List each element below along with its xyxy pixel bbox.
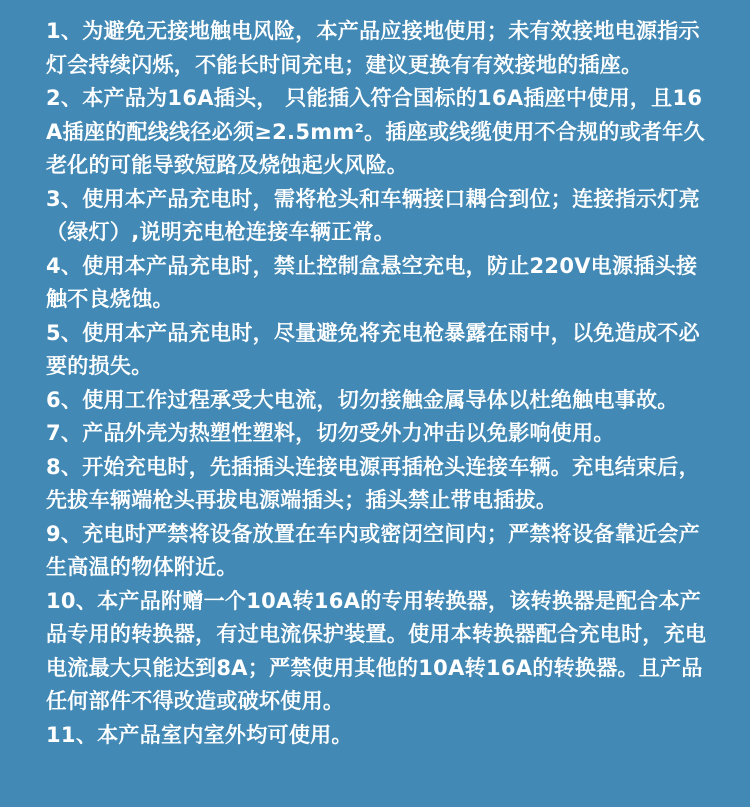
notice-item-8: 8、开始充电时，先插插头连接电源再插枪头连接车辆。充电结束后，先拔车辆端枪头再拔… [46, 451, 710, 518]
notice-item-3: 3、使用本产品充电时，需将枪头和车辆接口耦合到位；连接指示灯亮（绿灯）,说明充电… [46, 183, 710, 250]
safety-notice-page: 1、为避免无接地触电风险，本产品应接地使用；未有效接地电源指示灯会持续闪烁，不能… [0, 0, 750, 807]
notice-item-11: 11、本产品室内室外均可使用。 [46, 719, 710, 753]
notice-item-9: 9、充电时严禁将设备放置在车内或密闭空间内；严禁将设备靠近会产生高温的物体附近。 [46, 518, 710, 585]
notice-item-2: 2、本产品为16A插头， 只能插入符合国标的16A插座中使用，且16A插座的配线… [46, 82, 710, 183]
notice-item-4: 4、使用本产品充电时，禁止控制盒悬空充电，防止220V电源插头接触不良烧蚀。 [46, 250, 710, 317]
notice-item-10: 10、本产品附赠一个10A转16A的专用转换器，该转换器是配合本产品专用的转换器… [46, 585, 710, 719]
notice-item-7: 7、产品外壳为热塑性塑料，切勿受外力冲击以免影响使用。 [46, 417, 710, 451]
notice-item-6: 6、使用工作过程承受大电流，切勿接触金属导体以杜绝触电事故。 [46, 384, 710, 418]
notice-item-1: 1、为避免无接地触电风险，本产品应接地使用；未有效接地电源指示灯会持续闪烁，不能… [46, 15, 710, 82]
notice-item-5: 5、使用本产品充电时，尽量避免将充电枪暴露在雨中，以免造成不必要的损失。 [46, 317, 710, 384]
